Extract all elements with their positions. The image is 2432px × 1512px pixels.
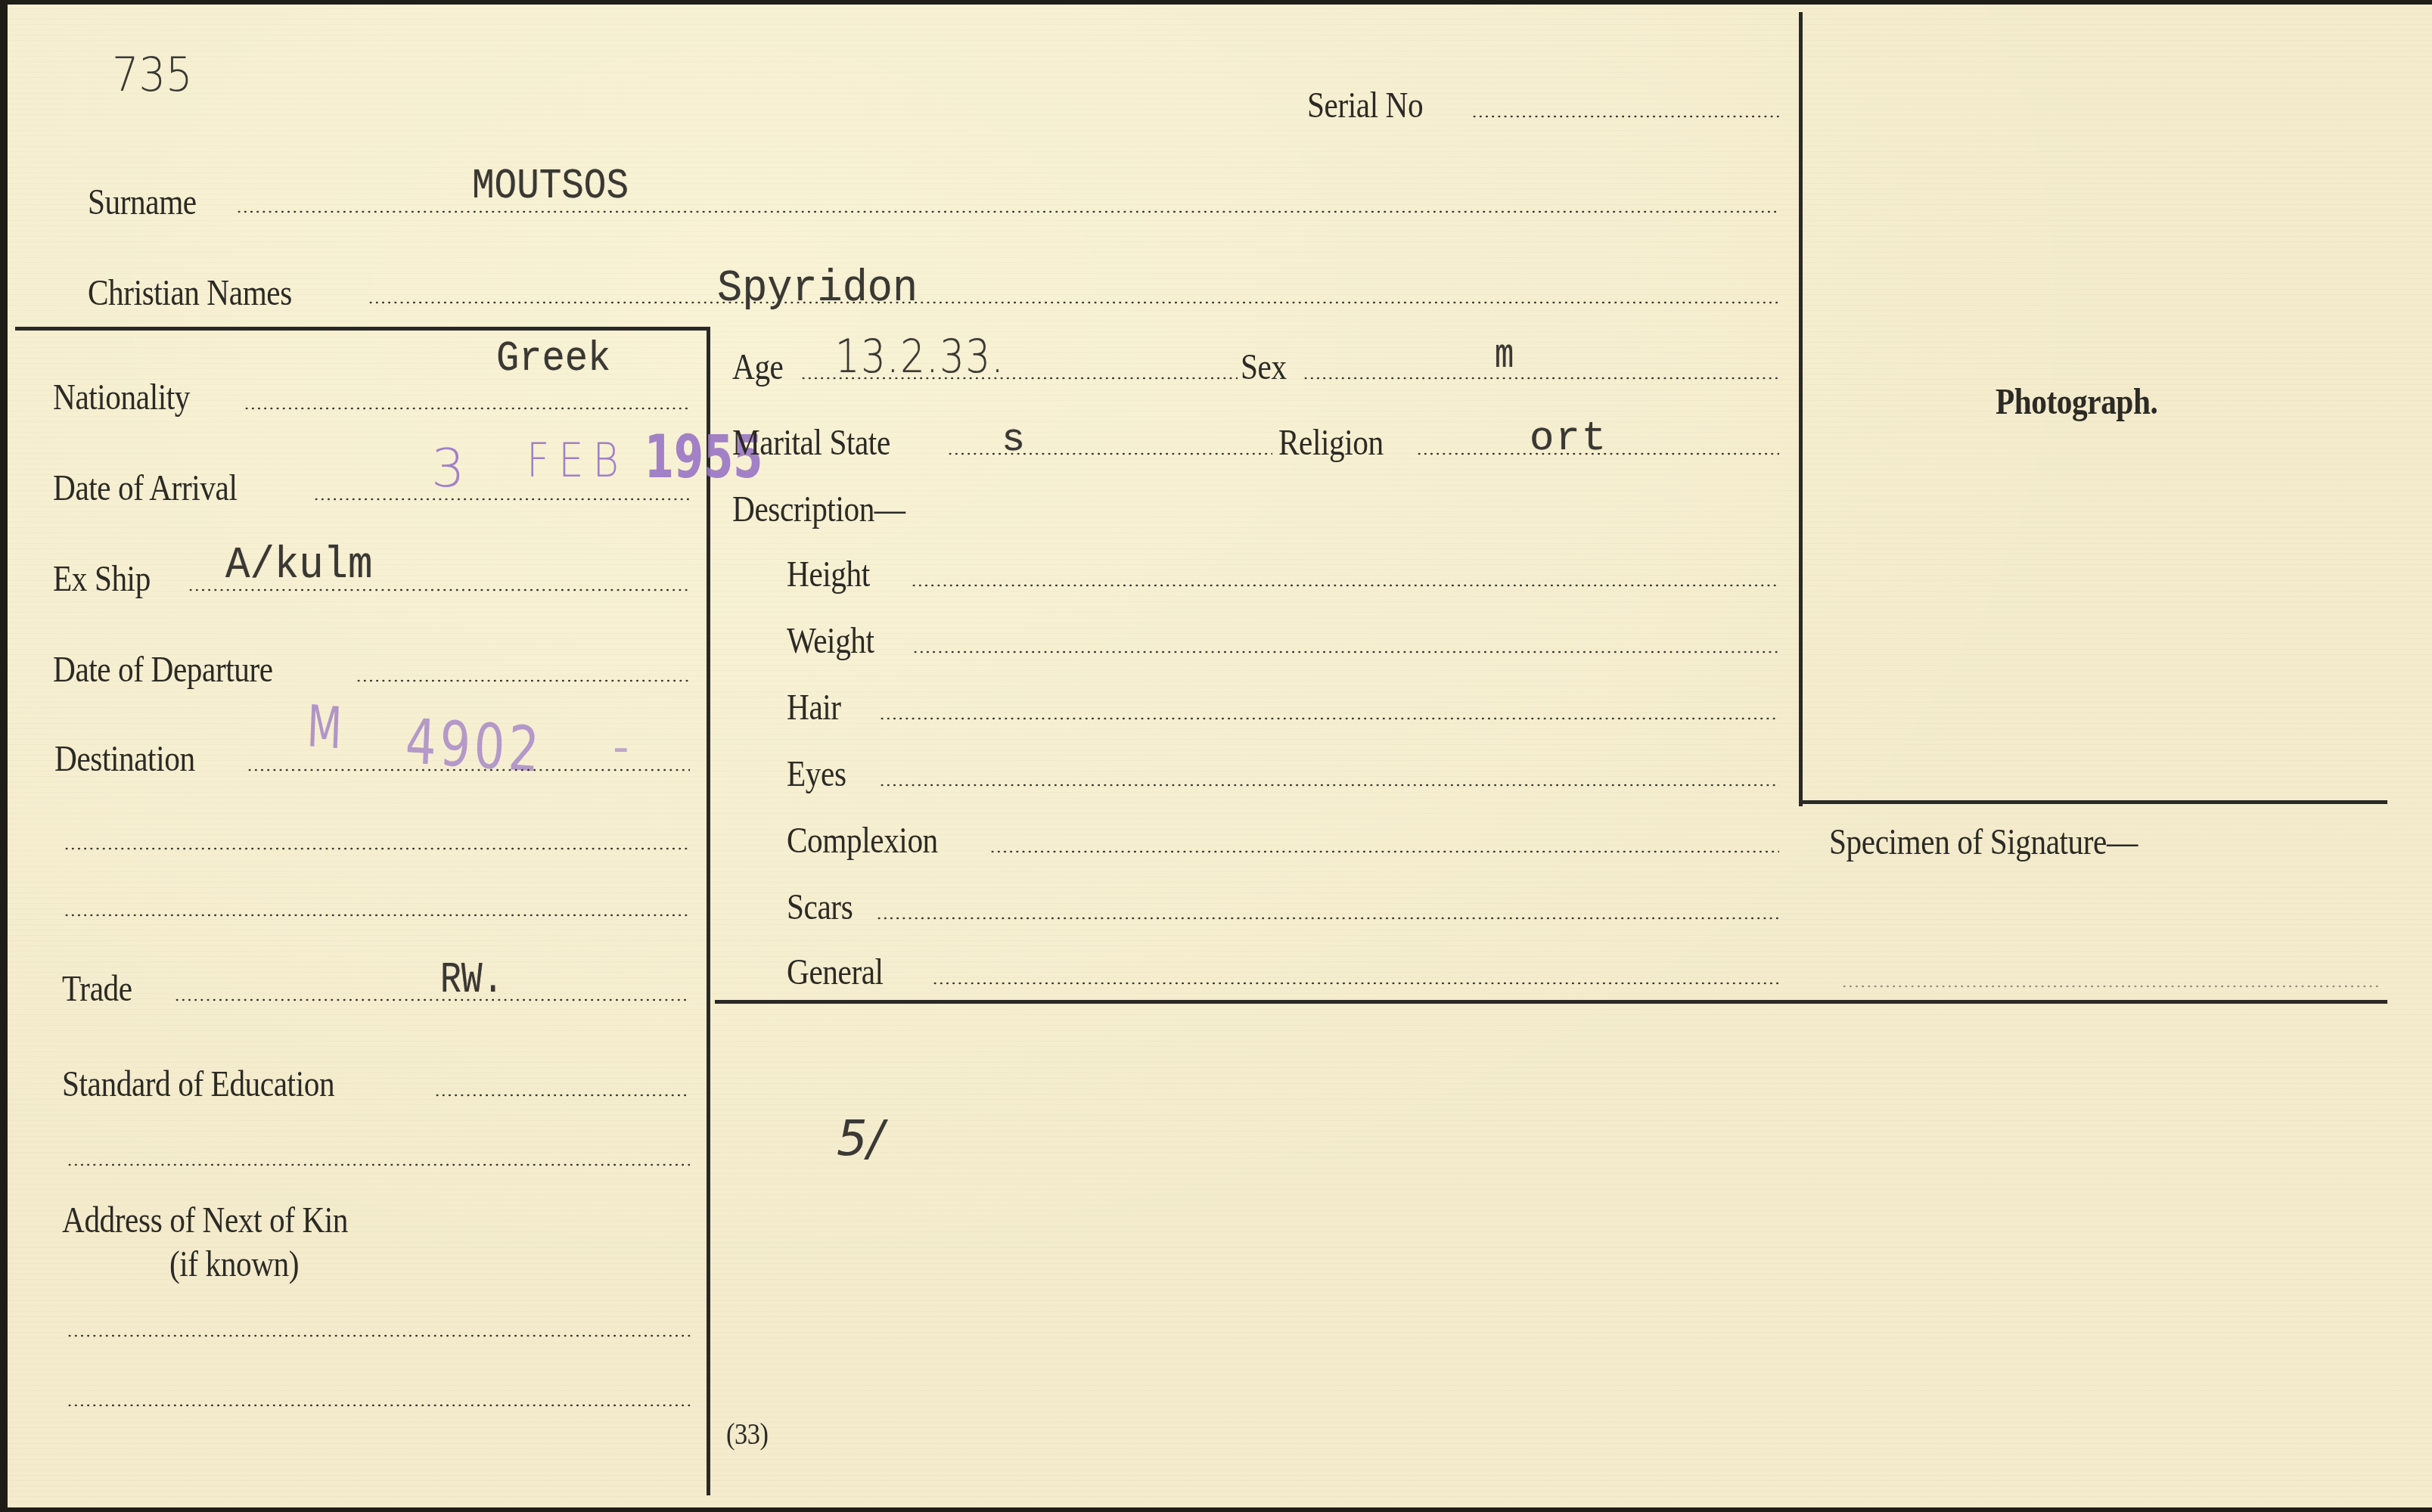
card-number: 735 <box>112 51 193 98</box>
serial-no-label: Serial No <box>1307 88 1423 124</box>
sex-field[interactable] <box>1303 377 1779 380</box>
ex-ship-label: Ex Ship <box>53 561 151 598</box>
date-of-arrival-label: Date of Arrival <box>53 470 237 507</box>
nationality-value: Greek <box>496 337 610 380</box>
complexion-field[interactable] <box>989 850 1779 853</box>
marital-state-field[interactable] <box>947 452 1272 455</box>
hair-label: Hair <box>787 690 841 726</box>
photo-box-bottom-rule <box>1799 800 2387 804</box>
date-of-arrival-field[interactable] <box>313 498 690 501</box>
signature-area[interactable] <box>1806 867 2387 995</box>
surname-field[interactable] <box>236 210 1779 213</box>
photograph-label: Photograph. <box>1996 384 2157 421</box>
destination-stamp-number: 4902 <box>404 711 544 782</box>
hair-field[interactable] <box>879 717 1779 720</box>
date-of-departure-field[interactable] <box>356 679 690 682</box>
address-next-of-kin-sublabel: (if known) <box>169 1247 299 1283</box>
destination-field[interactable] <box>247 768 690 772</box>
description-bottom-rule <box>715 1000 2387 1004</box>
serial-no-field[interactable] <box>1471 115 1780 118</box>
religion-label: Religion <box>1278 425 1384 461</box>
description-heading: Description— <box>732 492 905 528</box>
alien-registration-card: 735 Serial No Surname MOUTSOS Christian … <box>8 5 2432 1507</box>
address-next-of-kin-label: Address of Next of Kin <box>62 1203 348 1239</box>
christian-names-label: Christian Names <box>88 275 292 312</box>
destination-field-line-3[interactable] <box>64 914 690 917</box>
ex-ship-value: A/kulm <box>225 543 372 588</box>
left-column-divider <box>707 327 710 1495</box>
weight-field[interactable] <box>912 650 1779 654</box>
christian-names-value: Spyridon <box>717 266 918 312</box>
weight-label: Weight <box>787 623 874 660</box>
form-code: (33) <box>726 1419 769 1449</box>
destination-field-line-2[interactable] <box>64 847 690 850</box>
arrival-date-stamp-day: 3 <box>431 442 465 495</box>
arrival-date-stamp-month: FEB <box>526 437 628 484</box>
scars-label: Scars <box>787 890 853 926</box>
eyes-label: Eyes <box>787 756 846 793</box>
surname-label: Surname <box>88 185 197 221</box>
address-next-of-kin-field-line-1[interactable] <box>67 1334 691 1337</box>
signature-label: Specimen of Signature— <box>1829 824 2138 861</box>
eyes-field[interactable] <box>879 784 1779 787</box>
destination-stamp-suffix: - <box>613 725 629 770</box>
complexion-label: Complexion <box>787 823 938 859</box>
general-field[interactable] <box>932 982 1779 985</box>
nationality-label: Nationality <box>53 380 190 416</box>
general-label: General <box>787 955 884 991</box>
sex-label: Sex <box>1241 349 1287 386</box>
christian-names-field[interactable] <box>368 301 1779 304</box>
trade-value: RW. <box>440 959 504 1003</box>
age-value: 13.2.33. <box>835 334 1005 380</box>
height-field[interactable] <box>911 584 1779 587</box>
destination-label: Destination <box>54 741 195 778</box>
trade-label: Trade <box>62 971 132 1007</box>
marital-state-label: Marital State <box>732 425 890 461</box>
nationality-field[interactable] <box>244 407 690 410</box>
sex-value: m <box>1495 334 1514 377</box>
standard-of-education-field[interactable] <box>434 1094 690 1097</box>
address-next-of-kin-field-line-2[interactable] <box>67 1404 691 1407</box>
margin-note: 5/ <box>837 1115 884 1163</box>
age-label: Age <box>732 349 783 386</box>
standard-of-education-field-line-2[interactable] <box>67 1163 690 1166</box>
marital-state-value: s <box>1002 421 1025 460</box>
signature-line <box>1841 985 2380 988</box>
standard-of-education-label: Standard of Education <box>62 1066 334 1103</box>
destination-stamp-prefix: M <box>306 697 343 757</box>
religion-value: ort <box>1530 419 1607 460</box>
left-column-top-rule <box>15 327 710 331</box>
photo-box-left-rule <box>1799 12 1803 806</box>
scars-field[interactable] <box>876 917 1779 920</box>
date-of-departure-label: Date of Departure <box>53 652 273 688</box>
trade-field[interactable] <box>174 998 690 1001</box>
height-label: Height <box>787 557 870 593</box>
surname-value: MOUTSOS <box>472 165 629 207</box>
